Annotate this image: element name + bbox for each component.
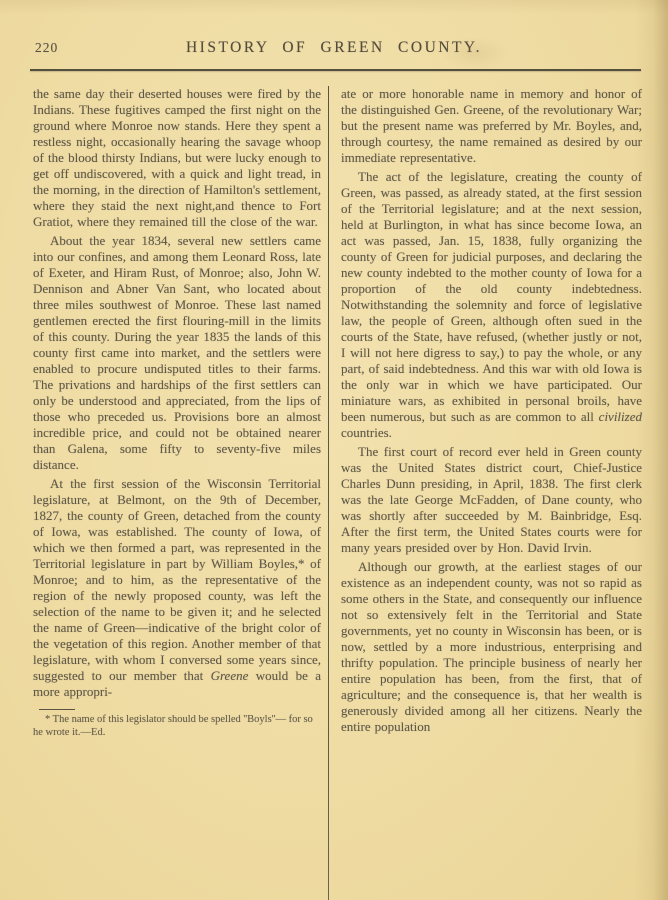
header-rule <box>30 69 641 71</box>
footnote-text: * The name of this legislator should be … <box>33 714 321 739</box>
paragraph: the same day their deserted houses were … <box>33 86 321 230</box>
paragraph: The first court of record ever held in G… <box>341 444 642 556</box>
italic-text: civilized <box>599 409 642 424</box>
paragraph: The act of the legislature, creating the… <box>341 169 642 441</box>
text-columns: the same day their deserted houses were … <box>33 86 642 900</box>
paragraph: At the first session of the Wisconsin Te… <box>33 476 321 700</box>
footnote: * The name of this legislator should be … <box>33 709 321 739</box>
column-left: the same day their deserted houses were … <box>33 86 321 900</box>
text-run: * The name of this legislator should be … <box>33 714 313 738</box>
paragraph: Although our growth, at the earliest sta… <box>341 559 642 735</box>
column-left-paragraphs: the same day their deserted houses were … <box>33 86 321 700</box>
text-run: countries. <box>341 425 392 440</box>
text-run: At the first session of the Wisconsin Te… <box>33 476 321 683</box>
text-run: The first court of record ever held in G… <box>341 444 642 555</box>
italic-text: Greene <box>211 668 249 683</box>
paragraph: ate or more honorable name in memory and… <box>341 86 642 166</box>
footnote-rule <box>39 709 75 710</box>
column-right: ate or more honorable name in memory and… <box>341 86 642 900</box>
page-title: HISTORY OF GREEN COUNTY. <box>0 39 668 57</box>
paragraph: About the year 1834, several new settler… <box>33 233 321 473</box>
text-run: About the year 1834, several new settler… <box>33 233 321 472</box>
text-run: Although our growth, at the earliest sta… <box>341 559 642 734</box>
text-run: ate or more honorable name in memory and… <box>341 86 642 165</box>
text-run: The act of the legislature, creating the… <box>341 169 642 424</box>
column-divider <box>328 86 329 900</box>
book-page: 220 HISTORY OF GREEN COUNTY. the same da… <box>0 0 668 900</box>
text-run: the same day their deserted houses were … <box>33 86 321 229</box>
page-top-shadow <box>0 0 668 14</box>
